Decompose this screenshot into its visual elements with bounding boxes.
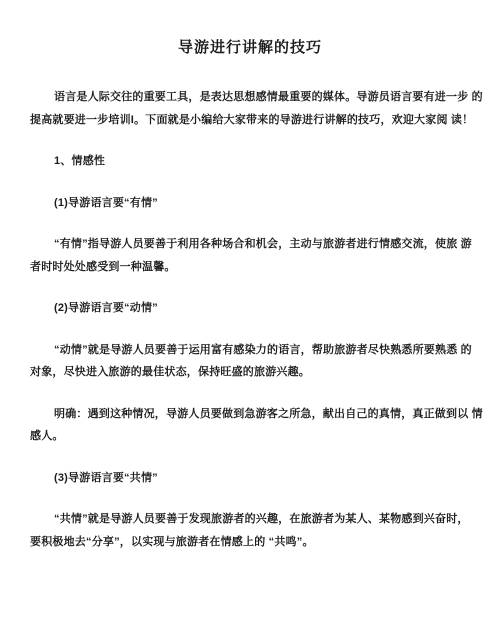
paragraph-mingque: 明确：遇到这种情况，导游人员要做到急游客之所急，献出自己的真情，真正做到以 情 … xyxy=(30,403,470,448)
section-heading-emotionality: 1、情感性 xyxy=(30,150,470,173)
subheading-gongqing: (3)导游语言要“共情” xyxy=(30,467,470,490)
paragraph-line: 语言是人际交往的重要工具，是表达思想感情最重要的媒体。导游员语言要有进一步 的 xyxy=(30,86,470,109)
intro-paragraph: 语言是人际交往的重要工具，是表达思想感情最重要的媒体。导游员语言要有进一步 的 … xyxy=(30,86,470,131)
heading-text: (3)导游语言要“共情” xyxy=(30,467,470,490)
paragraph-line: “共情”就是导游人员要善于发现旅游者的兴趣，在旅游者为某人、某物感到兴奋时， xyxy=(30,508,470,531)
subheading-dongqing: (2)导游语言要“动情” xyxy=(30,297,470,320)
paragraph-line: 明确：遇到这种情况，导游人员要做到急游客之所急，献出自己的真情，真正做到以 情 xyxy=(30,403,470,426)
paragraph-youqing: “有情”指导游人员要善于利用各种场合和机会，主动与旅游者进行情感交流，使旅 游 … xyxy=(30,233,470,278)
paragraph-dongqing: “动情”就是导游人员要善于运用富有感染力的语言，帮助旅游者尽快熟悉所要熟悉 的 … xyxy=(30,339,470,384)
document-page: 导游进行讲解的技巧 语言是人际交往的重要工具，是表达思想感情最重要的媒体。导游员… xyxy=(0,0,500,626)
page-title: 导游进行讲解的技巧 xyxy=(30,36,470,60)
paragraph-gongqing: “共情”就是导游人员要善于发现旅游者的兴趣，在旅游者为某人、某物感到兴奋时， 要… xyxy=(30,508,470,553)
paragraph-line: 对象，尽快进入旅游的最佳状态，保持旺盛的旅游兴趣。 xyxy=(30,361,470,384)
subheading-youqing: (1)导游语言要“有情” xyxy=(30,192,470,215)
heading-text: 1、情感性 xyxy=(30,150,470,173)
paragraph-line: 要积极地去“分享”，以实现与旅游者在情感上的 “共鸣”。 xyxy=(30,531,470,554)
paragraph-line: 者时时处处感受到一种温馨。 xyxy=(30,256,470,279)
paragraph-line: “有情”指导游人员要善于利用各种场合和机会，主动与旅游者进行情感交流，使旅 游 xyxy=(30,233,470,256)
paragraph-line: “动情”就是导游人员要善于运用富有感染力的语言，帮助旅游者尽快熟悉所要熟悉 的 xyxy=(30,339,470,362)
paragraph-line: 提高就要进一步培训I。下面就是小编给大家带来的导游进行讲解的技巧，欢迎大家阅 读… xyxy=(30,109,470,132)
heading-text: (2)导游语言要“动情” xyxy=(30,297,470,320)
heading-text: (1)导游语言要“有情” xyxy=(30,192,470,215)
paragraph-line: 感人。 xyxy=(30,425,470,448)
